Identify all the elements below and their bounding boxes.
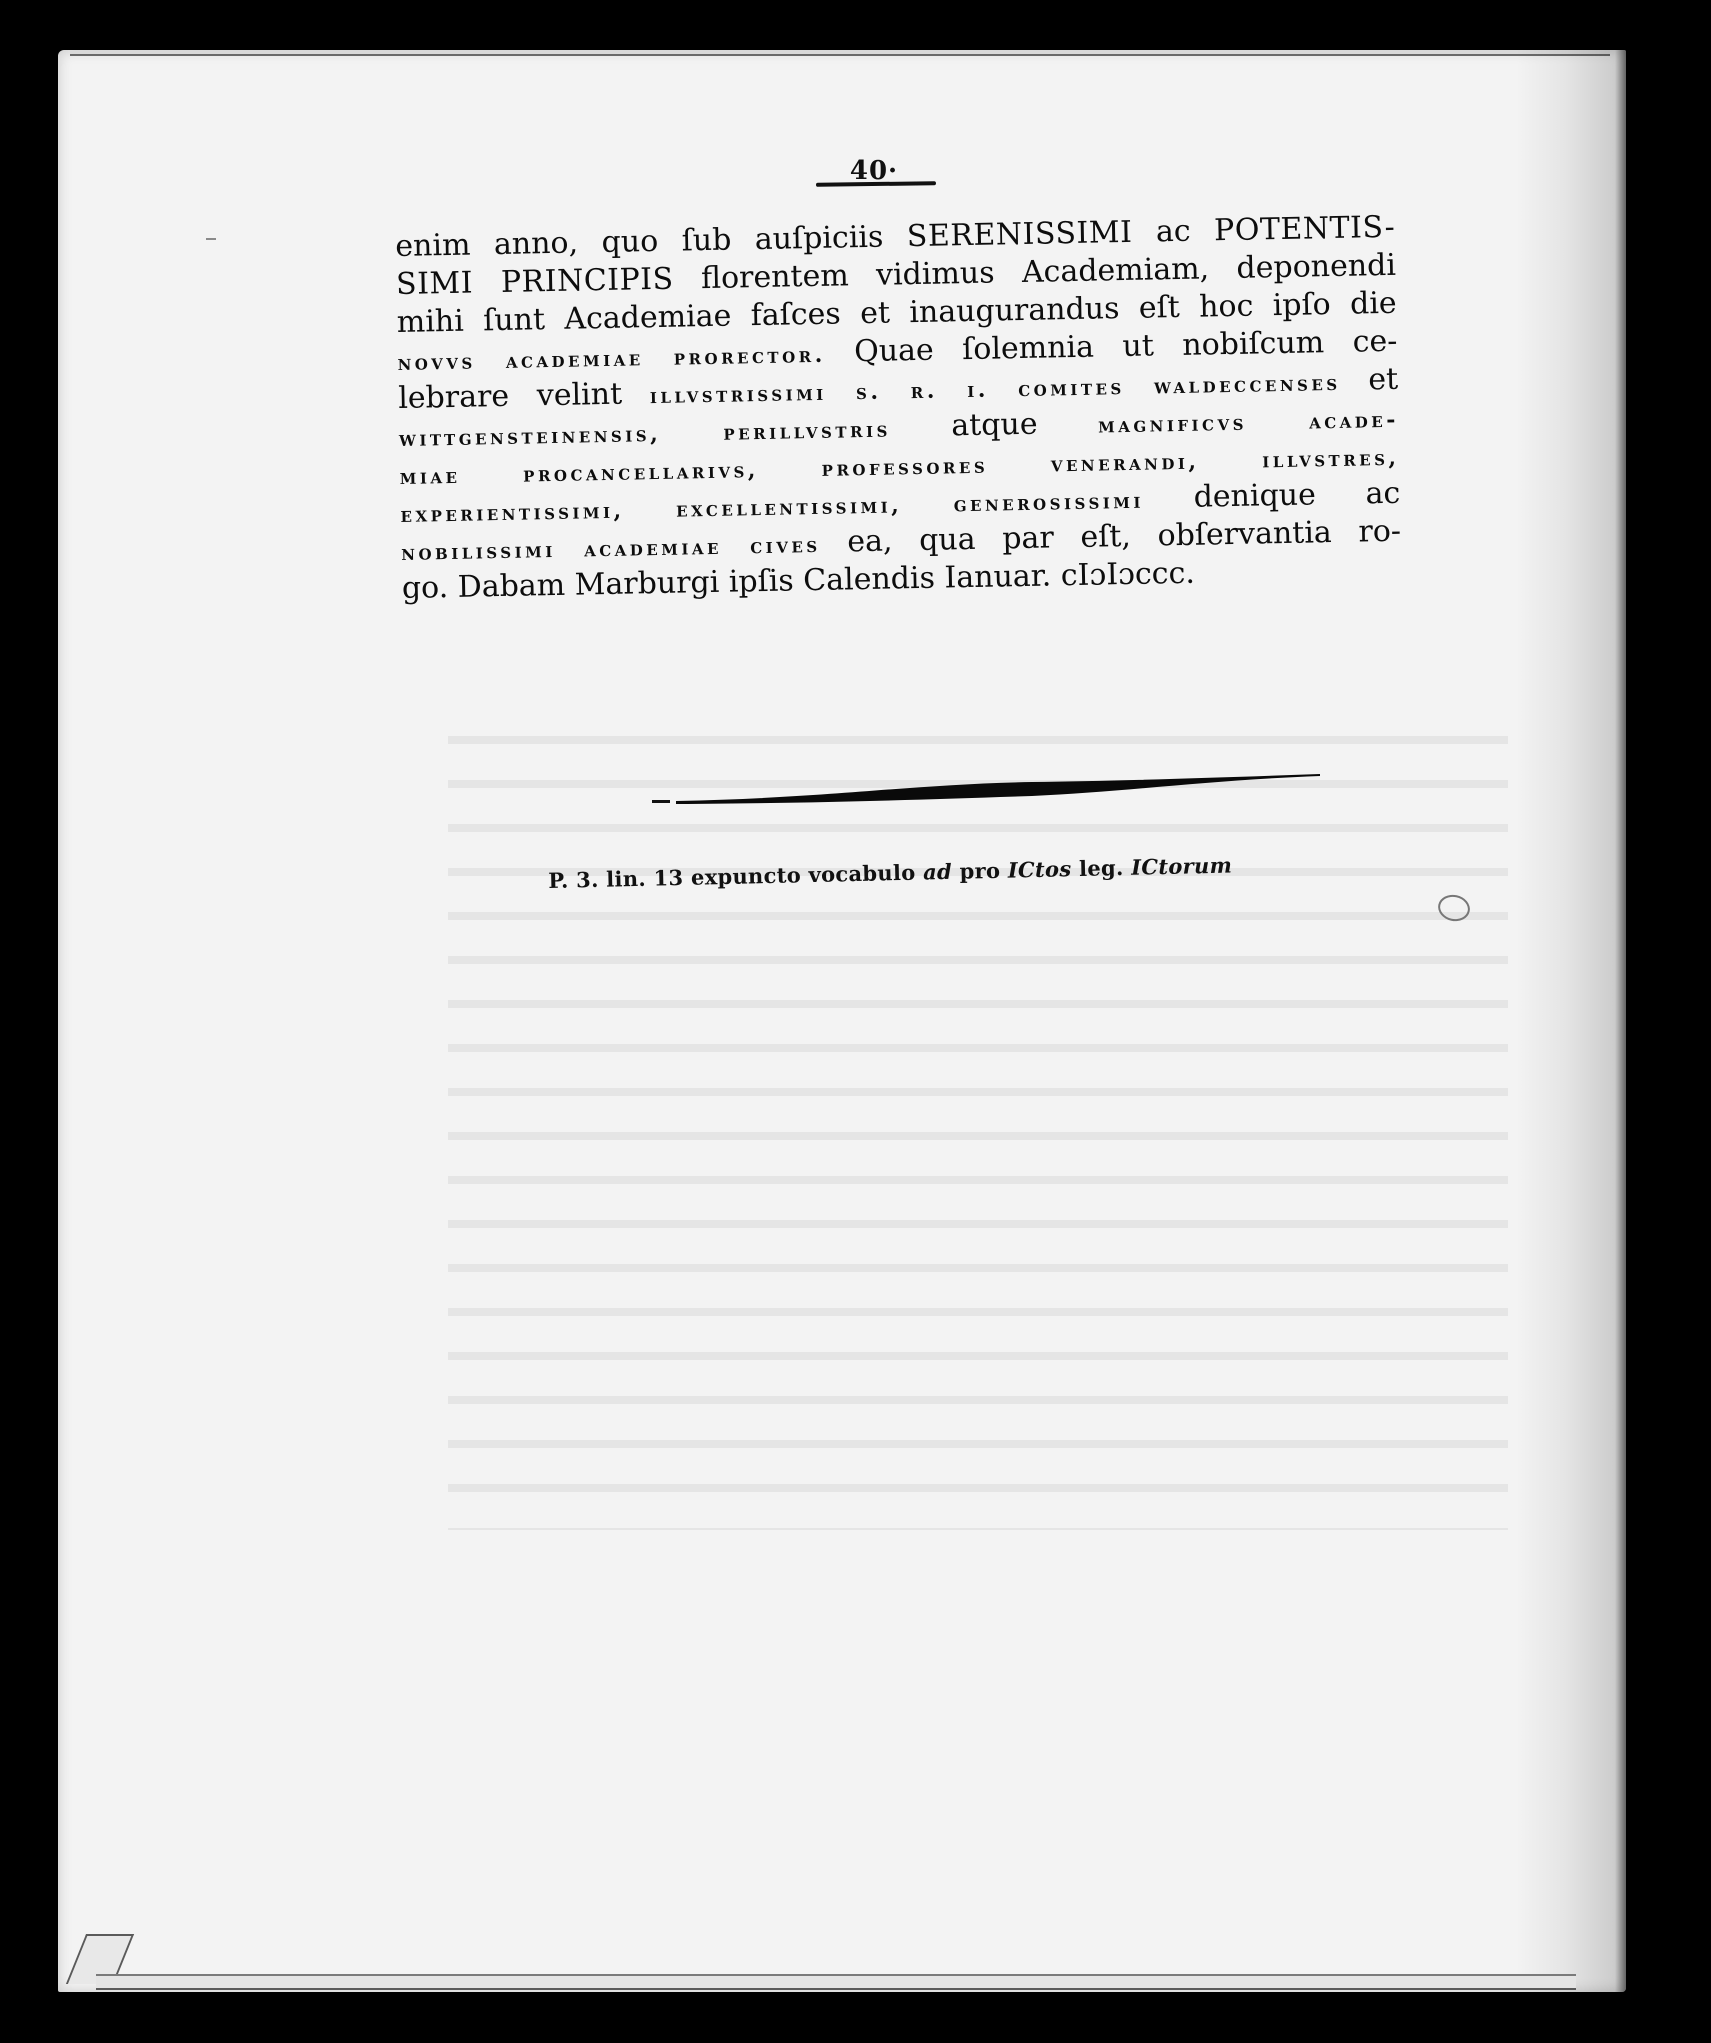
erratum-text: pro (952, 858, 1008, 884)
erratum-text: leg. (1071, 855, 1131, 881)
text-segment: SIMI PRINCIPIS (396, 262, 674, 302)
ornamental-rule (652, 770, 1322, 810)
text-segment: lebrare velint (398, 376, 650, 416)
page-top-edge (70, 50, 1610, 56)
small-caps-text: NOBILISSIMI ACADEMIAE CIVES (401, 532, 821, 566)
text-segment: ac (1132, 213, 1214, 250)
small-caps-text: NOVVS ACADEMIAE PRORECTOR. (397, 342, 826, 376)
scan-background: 40· enim anno, quo ſub auſpiciis SERENIS… (0, 0, 1711, 2043)
italic-term: ICtos (1008, 856, 1072, 882)
text-segment: et (1340, 362, 1398, 398)
page-bottom-edge (96, 1974, 1576, 1990)
margin-mark (206, 238, 216, 240)
text-segment: denique ac (1144, 476, 1401, 516)
small-caps-text: WITTGENSTEINENSIS, PERILLVSTRIS (399, 417, 891, 452)
bleed-through-texture (448, 710, 1508, 1530)
page-gutter-shadow (1516, 50, 1626, 1992)
text-segment: SERENISSIMI (907, 215, 1133, 254)
italic-term: ad (923, 859, 952, 885)
text-segment: atque (890, 406, 1098, 445)
text-segment: POTENTIS- (1214, 210, 1396, 248)
italic-term: ICtorum (1131, 852, 1232, 879)
body-text-block: enim anno, quo ſub auſpiciis SERENISSIMI… (395, 209, 1402, 608)
small-caps-text: MAGNIFICVS ACADE- (1098, 407, 1399, 439)
